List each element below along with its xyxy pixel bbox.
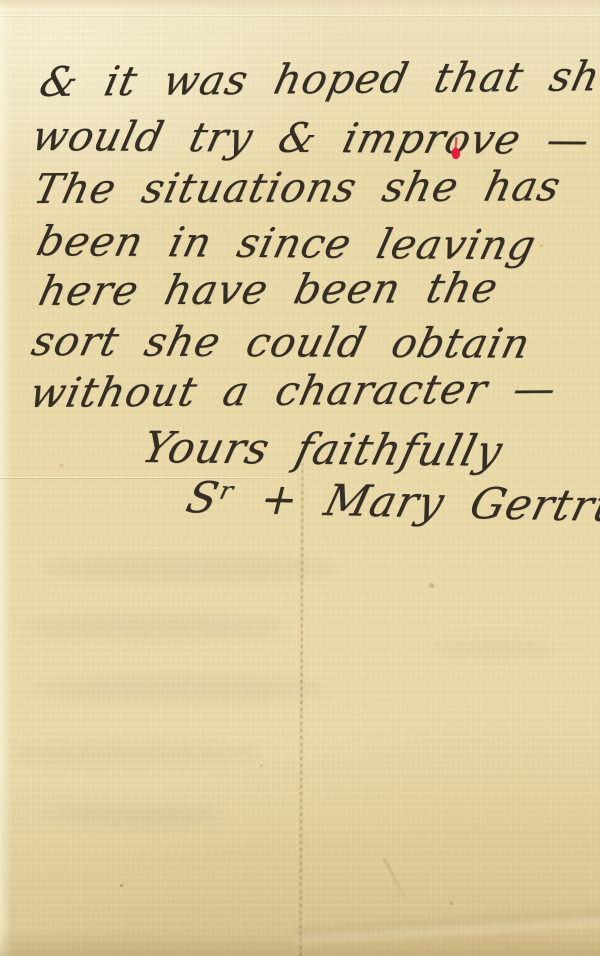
ink-showthrough — [18, 615, 288, 639]
fold-crease-top — [0, 15, 600, 17]
ink-showthrough — [430, 640, 560, 658]
handwritten-line-3: The situations she has — [30, 166, 565, 210]
signature-line: Sʳ + Mary Gertrude — [182, 477, 600, 530]
handwritten-line-7: without a character — — [26, 368, 561, 414]
handwritten-line-5: here have been the — [35, 268, 502, 312]
handwritten-line-1: & it was hoped that she — [36, 56, 600, 103]
closing-line: Yours faithfully — [138, 427, 507, 474]
ink-showthrough — [35, 678, 325, 700]
handwritten-line-2: would try & improve — — [28, 116, 594, 161]
foxing-specks — [120, 884, 123, 887]
fold-crease-bottom-small — [383, 858, 410, 905]
paper-edge-top — [0, 0, 600, 8]
ink-showthrough — [10, 742, 260, 766]
handwritten-line-6: sort she could obtain — [28, 321, 534, 365]
ink-showthrough — [40, 558, 340, 578]
ink-showthrough — [40, 805, 220, 825]
handwritten-line-4: been in since leaving — [33, 221, 540, 266]
letter-page: & it was hoped that she would try & impr… — [0, 0, 600, 956]
